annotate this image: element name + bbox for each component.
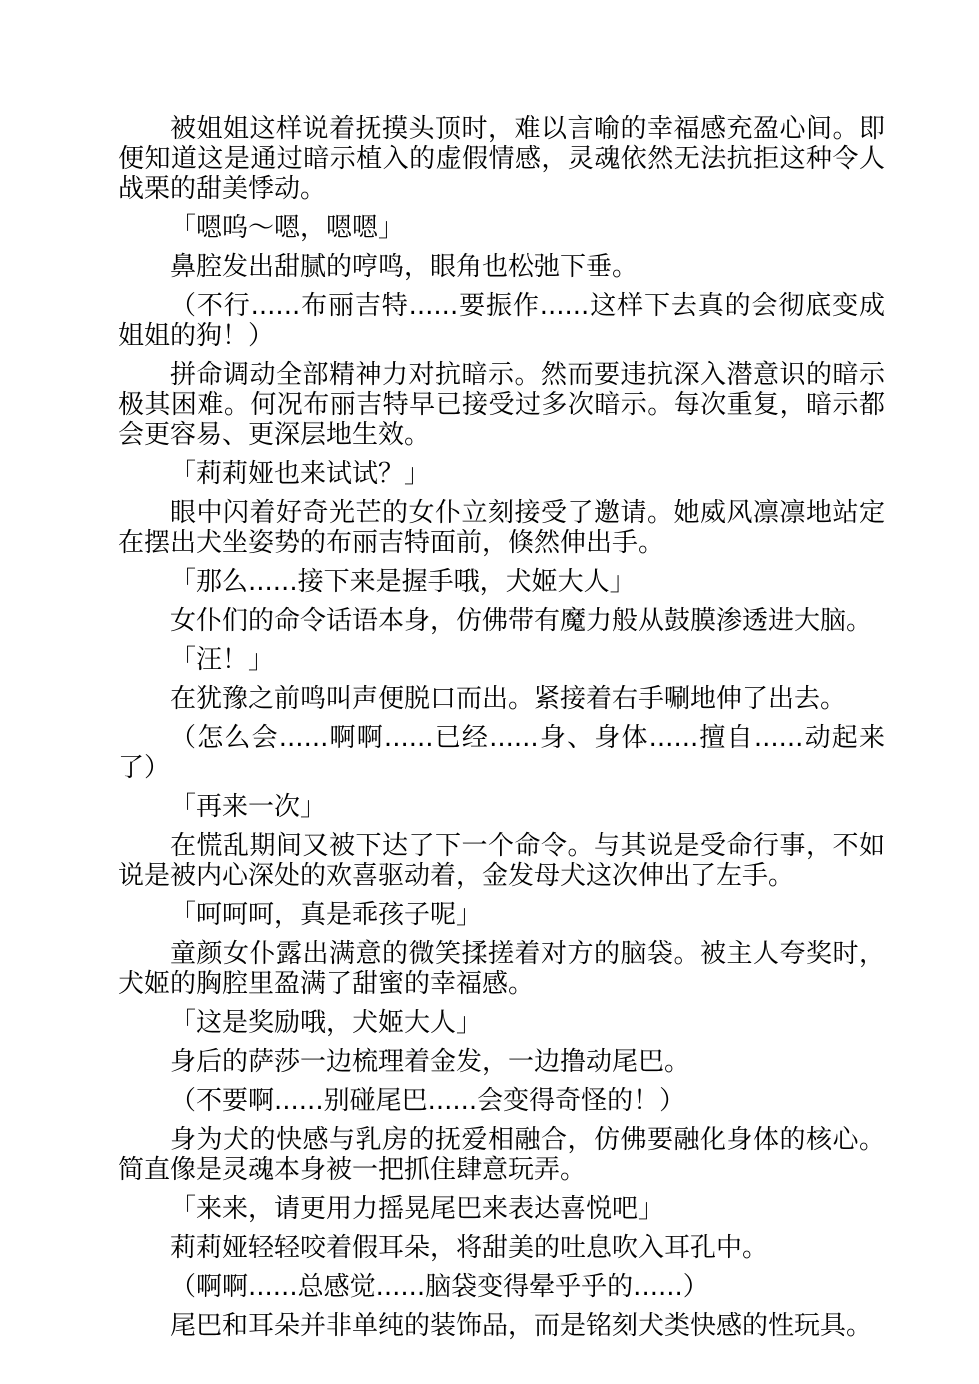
paragraph: 「再来一次」 — [118, 792, 885, 822]
paragraph: 「嗯呜～嗯，嗯嗯」 — [118, 213, 885, 243]
paragraph: 被姐姐这样说着抚摸头顶时，难以言喻的幸福感充盈心间。即便知道这是通过暗示植入的虚… — [118, 114, 885, 204]
paragraph: 在慌乱期间又被下达了下一个命令。与其说是受命行事，不如说是被内心深处的欢喜驱动着… — [118, 831, 885, 891]
paragraph: 身为犬的快感与乳房的抚爱相融合，仿佛要融化身体的核心。简直像是灵魂本身被一把抓住… — [118, 1125, 885, 1185]
paragraph: （啊啊......总感觉......脑袋变得晕乎乎的......） — [118, 1272, 885, 1302]
paragraph: 尾巴和耳朵并非单纯的装饰品，而是铭刻犬类快感的性玩具。 — [118, 1311, 885, 1341]
paragraph: 在犹豫之前鸣叫声便脱口而出。紧接着右手唰地伸了出去。 — [118, 684, 885, 714]
paragraph: 「汪！」 — [118, 645, 885, 675]
paragraph: 「这是奖励哦，犬姬大人」 — [118, 1008, 885, 1038]
paragraph: 「莉莉娅也来试试？」 — [118, 459, 885, 489]
paragraph: （怎么会......啊啊......已经......身、身体......擅自..… — [118, 723, 885, 783]
paragraph: 眼中闪着好奇光芒的女仆立刻接受了邀请。她威风凛凛地站定在摆出犬坐姿势的布丽吉特面… — [118, 498, 885, 558]
paragraph: 童颜女仆露出满意的微笑揉搓着对方的脑袋。被主人夸奖时，犬姬的胸腔里盈满了甜蜜的幸… — [118, 939, 885, 999]
paragraph: 莉莉娅轻轻咬着假耳朵，将甜美的吐息吹入耳孔中。 — [118, 1233, 885, 1263]
document-page: 被姐姐这样说着抚摸头顶时，难以言喻的幸福感充盈心间。即便知道这是通过暗示植入的虚… — [0, 0, 979, 1384]
paragraph: （不行......布丽吉特......要振作......这样下去真的会彻底变成姐… — [118, 291, 885, 351]
paragraph: 身后的萨莎一边梳理着金发，一边撸动尾巴。 — [118, 1047, 885, 1077]
paragraph: 拼命调动全部精神力对抗暗示。然而要违抗深入潜意识的暗示极其困难。何况布丽吉特早已… — [118, 360, 885, 450]
paragraph: 「呵呵呵，真是乖孩子呢」 — [118, 900, 885, 930]
paragraph: 「来来，请更用力摇晃尾巴来表达喜悦吧」 — [118, 1194, 885, 1224]
paragraph: 鼻腔发出甜腻的哼鸣，眼角也松弛下垂。 — [118, 252, 885, 282]
paragraph: 女仆们的命令话语本身，仿佛带有魔力般从鼓膜渗透进大脑。 — [118, 606, 885, 636]
paragraph: （不要啊......别碰尾巴......会变得奇怪的！） — [118, 1086, 885, 1116]
paragraph: 「那么......接下来是握手哦，犬姬大人」 — [118, 567, 885, 597]
